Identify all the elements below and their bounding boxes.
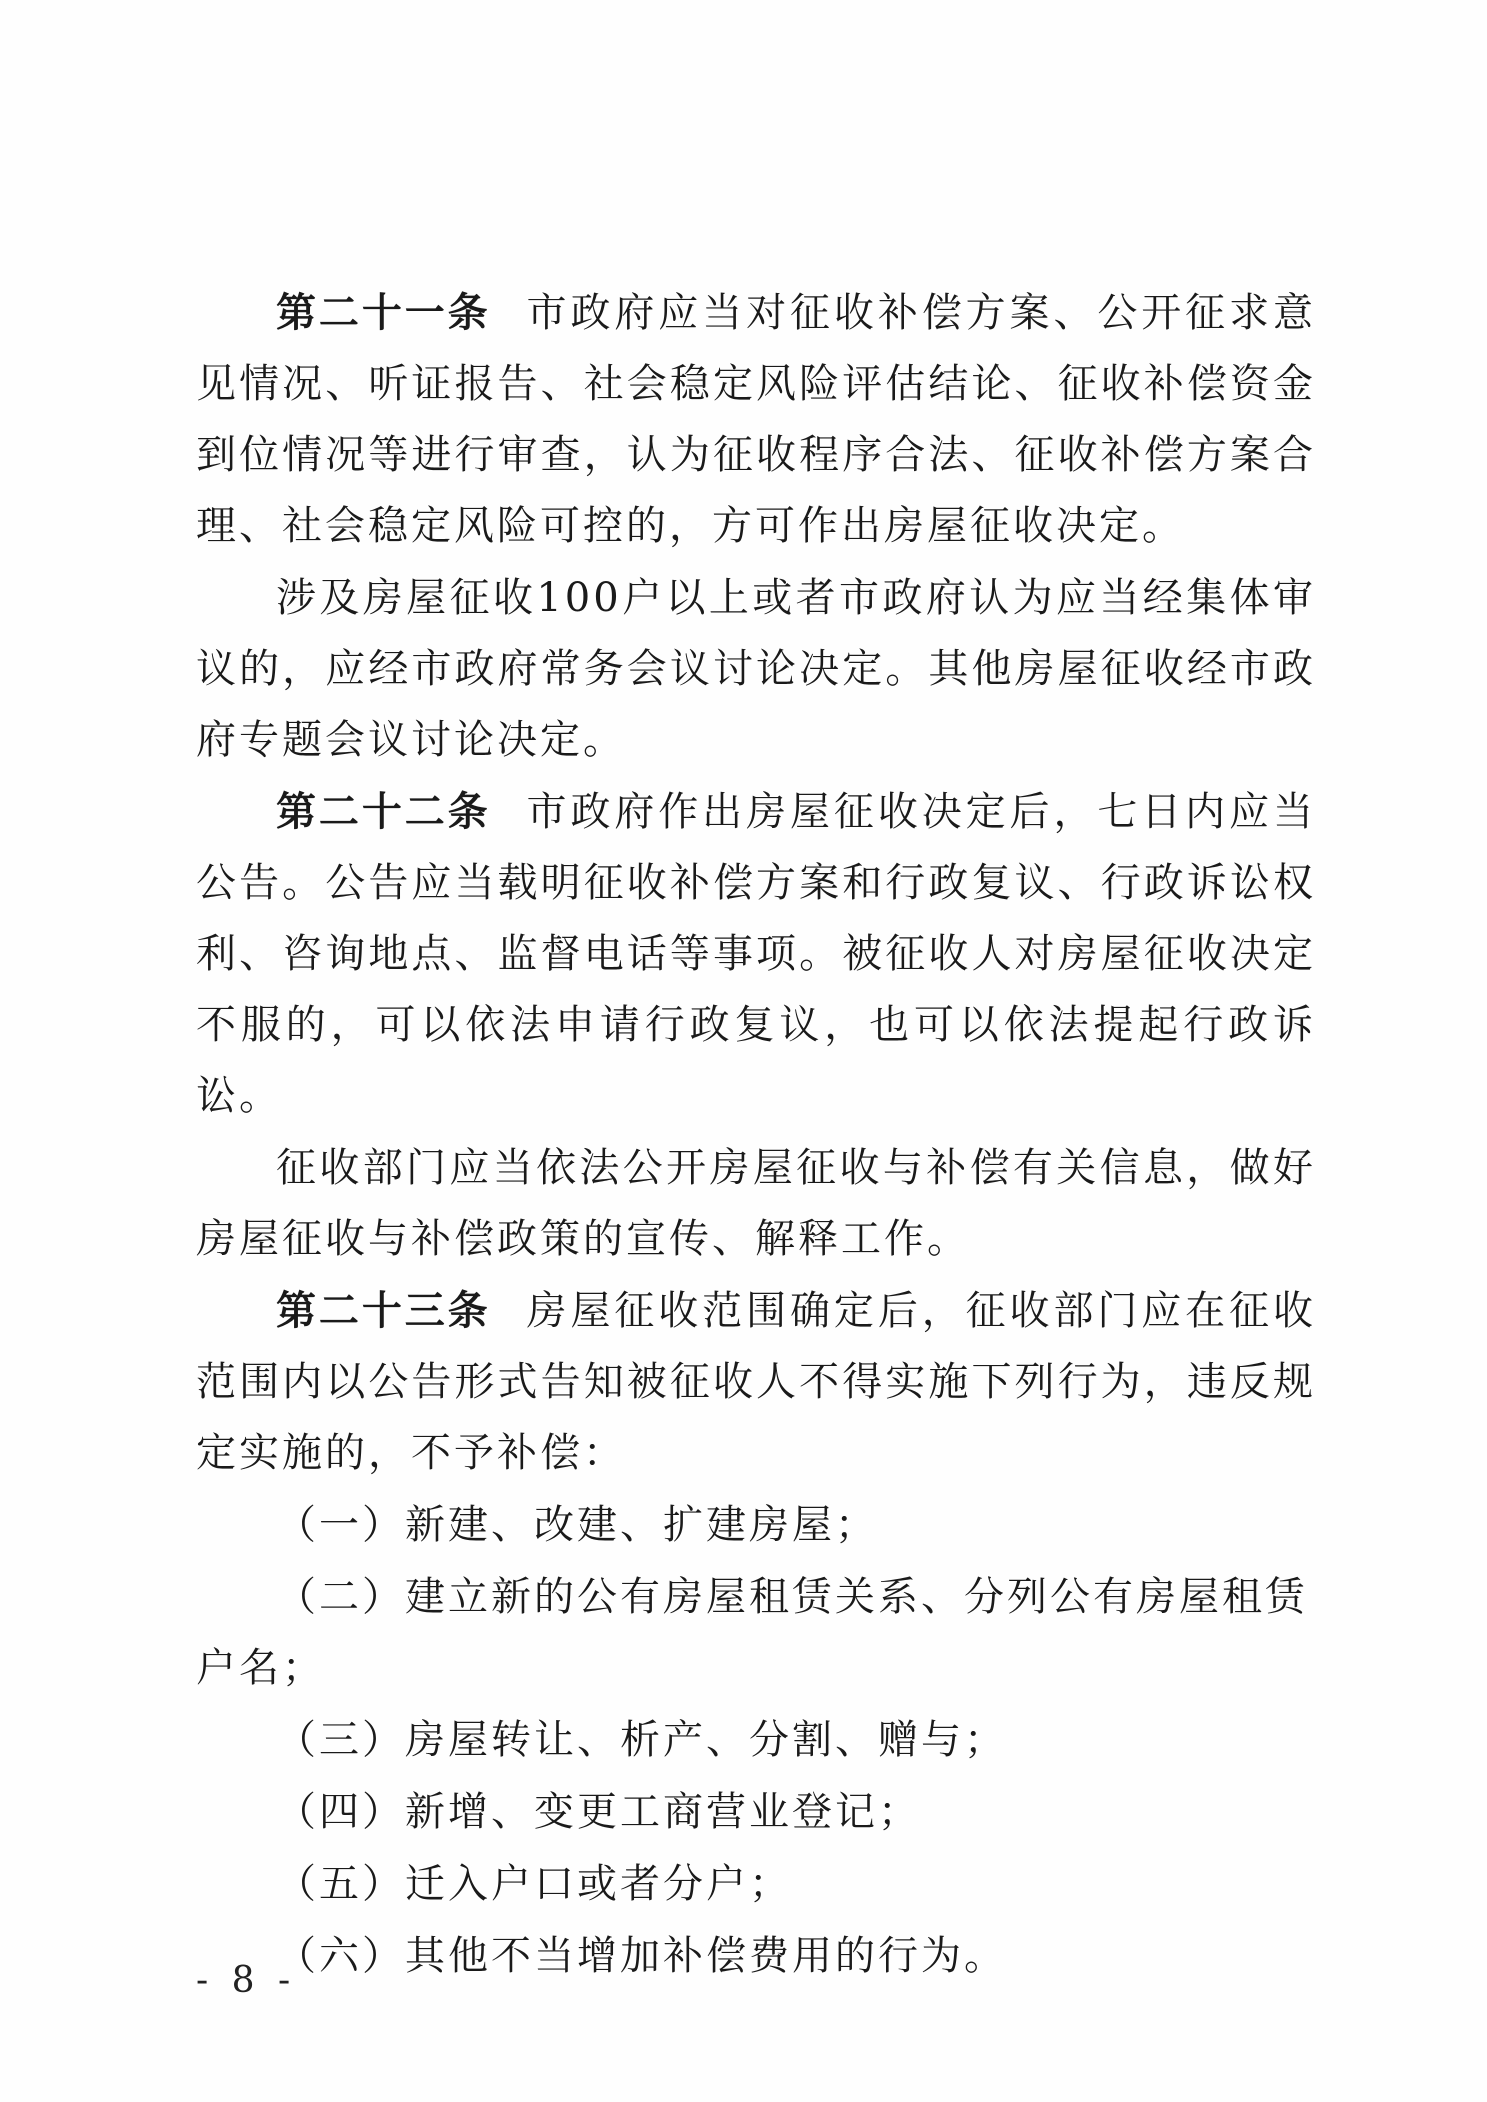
article-23-paragraph-1: 第二十三条房屋征收范围确定后，征收部门应在征收范围内以公告形式告知被征收人不得实… (196, 1276, 1316, 1489)
document-page: 第二十一条市政府应当对征收补偿方案、公开征求意见情况、听证报告、社会稳定风险评估… (0, 0, 1487, 2102)
article-22-text-1: 市政府作出房屋征收决定后，七日内应当公告。公告应当载明征收补偿方案和行政复议、行… (196, 789, 1316, 1119)
article-23-item-4: （四）新增、变更工商营业登记； (196, 1777, 1316, 1848)
article-23-item-1: （一）新建、改建、扩建房屋； (196, 1490, 1316, 1561)
article-23-item-6: （六）其他不当增加补偿费用的行为。 (196, 1921, 1316, 1992)
article-23-item-5: （五）迁入户口或者分户； (196, 1849, 1316, 1920)
article-22-paragraph-1: 第二十二条市政府作出房屋征收决定后，七日内应当公告。公告应当载明征收补偿方案和行… (196, 777, 1316, 1132)
article-22-paragraph-2: 征收部门应当依法公开房屋征收与补偿有关信息，做好房屋征收与补偿政策的宣传、解释工… (196, 1133, 1316, 1275)
document-body: 第二十一条市政府应当对征收补偿方案、公开征求意见情况、听证报告、社会稳定风险评估… (196, 278, 1316, 1993)
article-22-heading: 第二十二条 (276, 789, 491, 835)
article-21-paragraph-1: 第二十一条市政府应当对征收补偿方案、公开征求意见情况、听证报告、社会稳定风险评估… (196, 278, 1316, 562)
article-21-paragraph-2: 涉及房屋征收100户以上或者市政府认为应当经集体审议的，应经市政府常务会议讨论决… (196, 563, 1316, 776)
article-23-item-3: （三）房屋转让、析产、分割、赠与； (196, 1705, 1316, 1776)
page-number: - 8 - (196, 1960, 296, 2001)
article-21-heading: 第二十一条 (276, 290, 491, 336)
article-23-heading: 第二十三条 (276, 1288, 491, 1334)
article-23-item-2: （二）建立新的公有房屋租赁关系、分列公有房屋租赁户名； (196, 1562, 1316, 1704)
